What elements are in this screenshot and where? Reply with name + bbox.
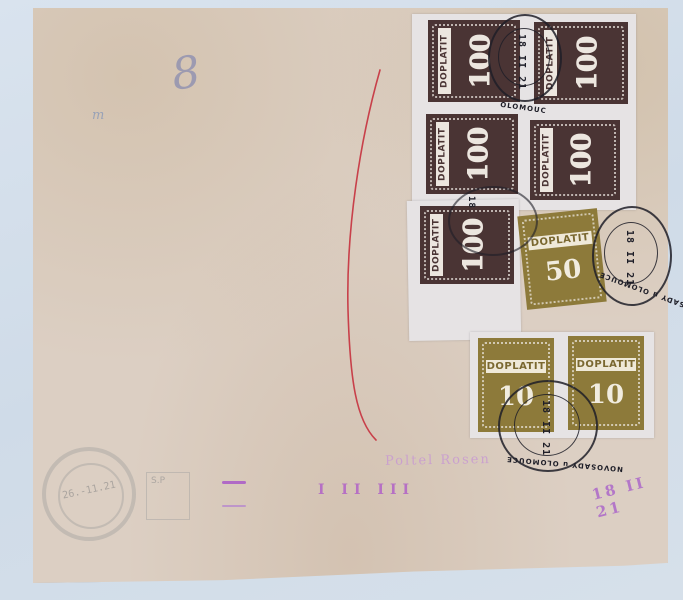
postmark-cancel-partial (448, 186, 538, 256)
stamp-100-brown: DOPLATIT 100 (530, 120, 620, 200)
gray-box-mark: S.P (146, 472, 190, 520)
roman-numerals: I II III (318, 482, 415, 498)
violet-dash (222, 505, 246, 507)
postmark-date: 18 II 21 (516, 34, 527, 90)
postmark-date: 18 (466, 196, 476, 209)
stamp-100-brown: DOPLATIT 100 (426, 114, 518, 194)
postmark-date: 18 II 21 (624, 230, 635, 286)
violet-name-stamp: Poltel Rosen (385, 452, 491, 469)
violet-dash (222, 481, 246, 484)
postmark-date: 18 II 21 (540, 400, 551, 456)
